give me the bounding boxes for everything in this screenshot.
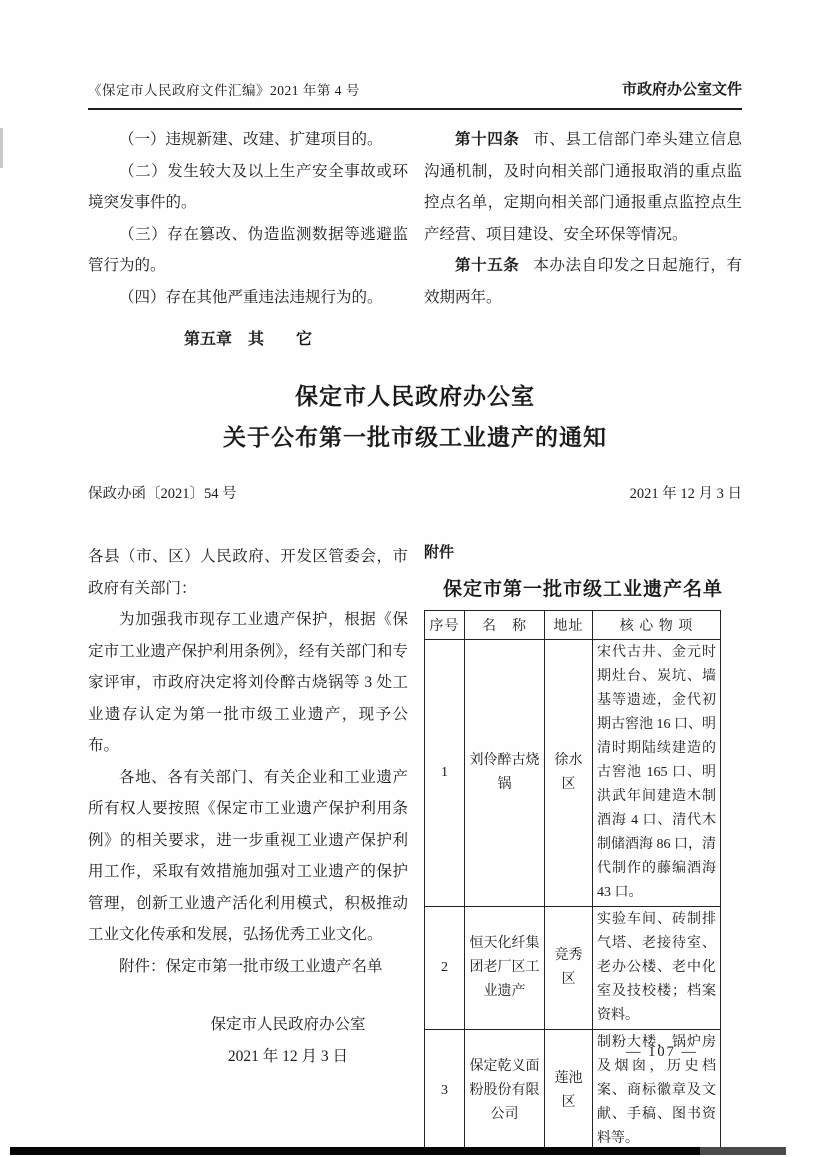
body-two-column-section: 各县（市、区）人民政府、开发区管委会，市政府有关部门： 为加强我市现存工业遗产保… [88, 541, 742, 1153]
row2-core-items: 实验车间、砖制排气塔、老接待室、老办公楼、老中化室及技校楼；档案资料。 [593, 907, 721, 1030]
clause-item-1: （一）违规新建、改建、扩建项目的。 [88, 124, 408, 156]
table-header-row: 序号 名 称 地址 核 心 物 项 [425, 611, 721, 640]
article-15-lead: 第十五条 [455, 257, 519, 274]
top-left-column: （一）违规新建、改建、扩建项目的。 （二）发生较大及以上生产安全事故或环境突发事… [88, 124, 408, 349]
article-14-lead: 第十四条 [455, 131, 519, 148]
notice-title-line2: 关于公布第一批市级工业遗产的通知 [88, 417, 742, 458]
body-left-column: 各县（市、区）人民政府、开发区管委会，市政府有关部门： 为加强我市现存工业遗产保… [88, 541, 408, 1153]
salutation: 各县（市、区）人民政府、开发区管委会，市政府有关部门： [88, 541, 408, 604]
table-row: 2 恒天化纤集团老厂区工业遗产 竞秀区 实验车间、砖制排气塔、老接待室、老办公楼… [425, 907, 721, 1030]
page-content: 《保定市人民政府文件汇编》2021 年第 4 号 市政府办公室文件 （一）违规新… [88, 78, 742, 1153]
notice-title-line1: 保定市人民政府办公室 [88, 376, 742, 417]
clause-item-4: （四）存在其他严重违法违规行为的。 [88, 282, 408, 314]
row3-no: 3 [425, 1030, 465, 1153]
row1-core-items: 宋代古井、金元时期灶台、炭坑、墙基等遗迹，金代初期古窖池 16 口、明清时期陆续… [593, 640, 721, 907]
col-header-district: 地址 [545, 611, 593, 640]
top-two-column-section: （一）违规新建、改建、扩建项目的。 （二）发生较大及以上生产安全事故或环境突发事… [88, 124, 742, 349]
body-paragraph-2: 各地、各有关部门、有关企业和工业遗产所有权人要按照《保定市工业遗产保护利用条例》… [88, 762, 408, 951]
row1-district: 徐水区 [545, 640, 593, 907]
row1-no: 1 [425, 640, 465, 907]
scan-edge-artifact [0, 128, 3, 168]
chapter-heading: 第五章 其 它 [88, 326, 408, 349]
attachment-column: 附件 保定市第一批市级工业遗产名单 序号 名 称 地址 核 心 物 项 [424, 541, 742, 1153]
doc-date: 2021 年 12 月 3 日 [630, 482, 742, 503]
body-paragraph-1: 为加强我市现存工业遗产保护，根据《保定市工业遗产保护利用条例》，经有关部门和专家… [88, 604, 408, 762]
row2-name: 恒天化纤集团老厂区工业遗产 [465, 907, 545, 1030]
doc-number: 保政办函〔2021〕54 号 [88, 482, 237, 503]
heritage-table: 序号 名 称 地址 核 心 物 项 1 刘伶醉古烧锅 徐水区 宋代古井、金元时期… [424, 610, 721, 1153]
row3-district: 莲池区 [545, 1030, 593, 1153]
row1-name: 刘伶醉古烧锅 [465, 640, 545, 907]
header-doc-category: 市政府办公室文件 [622, 78, 742, 99]
top-right-column: 第十四条市、县工信部门牵头建立信息沟通机制，及时向相关部门通报取消的重点监控点名… [424, 124, 742, 349]
notice-meta-row: 保政办函〔2021〕54 号 2021 年 12 月 3 日 [88, 482, 742, 503]
col-header-name: 名 称 [465, 611, 545, 640]
clause-item-3: （三）存在篡改、伪造监测数据等逃避监管行为的。 [88, 219, 408, 282]
col-header-no: 序号 [425, 611, 465, 640]
scan-shadow-bar [10, 1147, 700, 1155]
article-14: 第十四条市、县工信部门牵头建立信息沟通机制，及时向相关部门通报取消的重点监控点名… [424, 124, 742, 250]
header-compilation-title: 《保定市人民政府文件汇编》2021 年第 4 号 [88, 79, 360, 99]
row2-district: 竞秀区 [545, 907, 593, 1030]
article-15: 第十五条本办法自印发之日起施行，有效期两年。 [424, 250, 742, 313]
page-number: — 107 — [626, 1044, 698, 1061]
notice-title: 保定市人民政府办公室 关于公布第一批市级工业遗产的通知 [88, 376, 742, 458]
scanned-document-page: 《保定市人民政府文件汇编》2021 年第 4 号 市政府办公室文件 （一）违规新… [0, 0, 816, 1157]
table-row: 1 刘伶醉古烧锅 徐水区 宋代古井、金元时期灶台、炭坑、墙基等遗迹，金代初期古窖… [425, 640, 721, 907]
heritage-table-title: 保定市第一批市级工业遗产名单 [424, 574, 742, 601]
row3-name: 保定乾义面粉股份有限公司 [465, 1030, 545, 1153]
attachment-note: 附件：保定市第一批市级工业遗产名单 [88, 951, 408, 983]
attachment-label: 附件 [424, 541, 742, 562]
row2-no: 2 [425, 907, 465, 1030]
col-header-core-items: 核 心 物 项 [593, 611, 721, 640]
clause-item-2: （二）发生较大及以上生产安全事故或环境突发事件的。 [88, 156, 408, 219]
scan-shadow-bar-light [700, 1147, 786, 1155]
page-header: 《保定市人民政府文件汇编》2021 年第 4 号 市政府办公室文件 [88, 78, 742, 110]
signature-block: 保定市人民政府办公室 2021 年 12 月 3 日 [88, 1009, 408, 1072]
signature-date: 2021 年 12 月 3 日 [168, 1041, 408, 1073]
signer-name: 保定市人民政府办公室 [168, 1009, 408, 1041]
